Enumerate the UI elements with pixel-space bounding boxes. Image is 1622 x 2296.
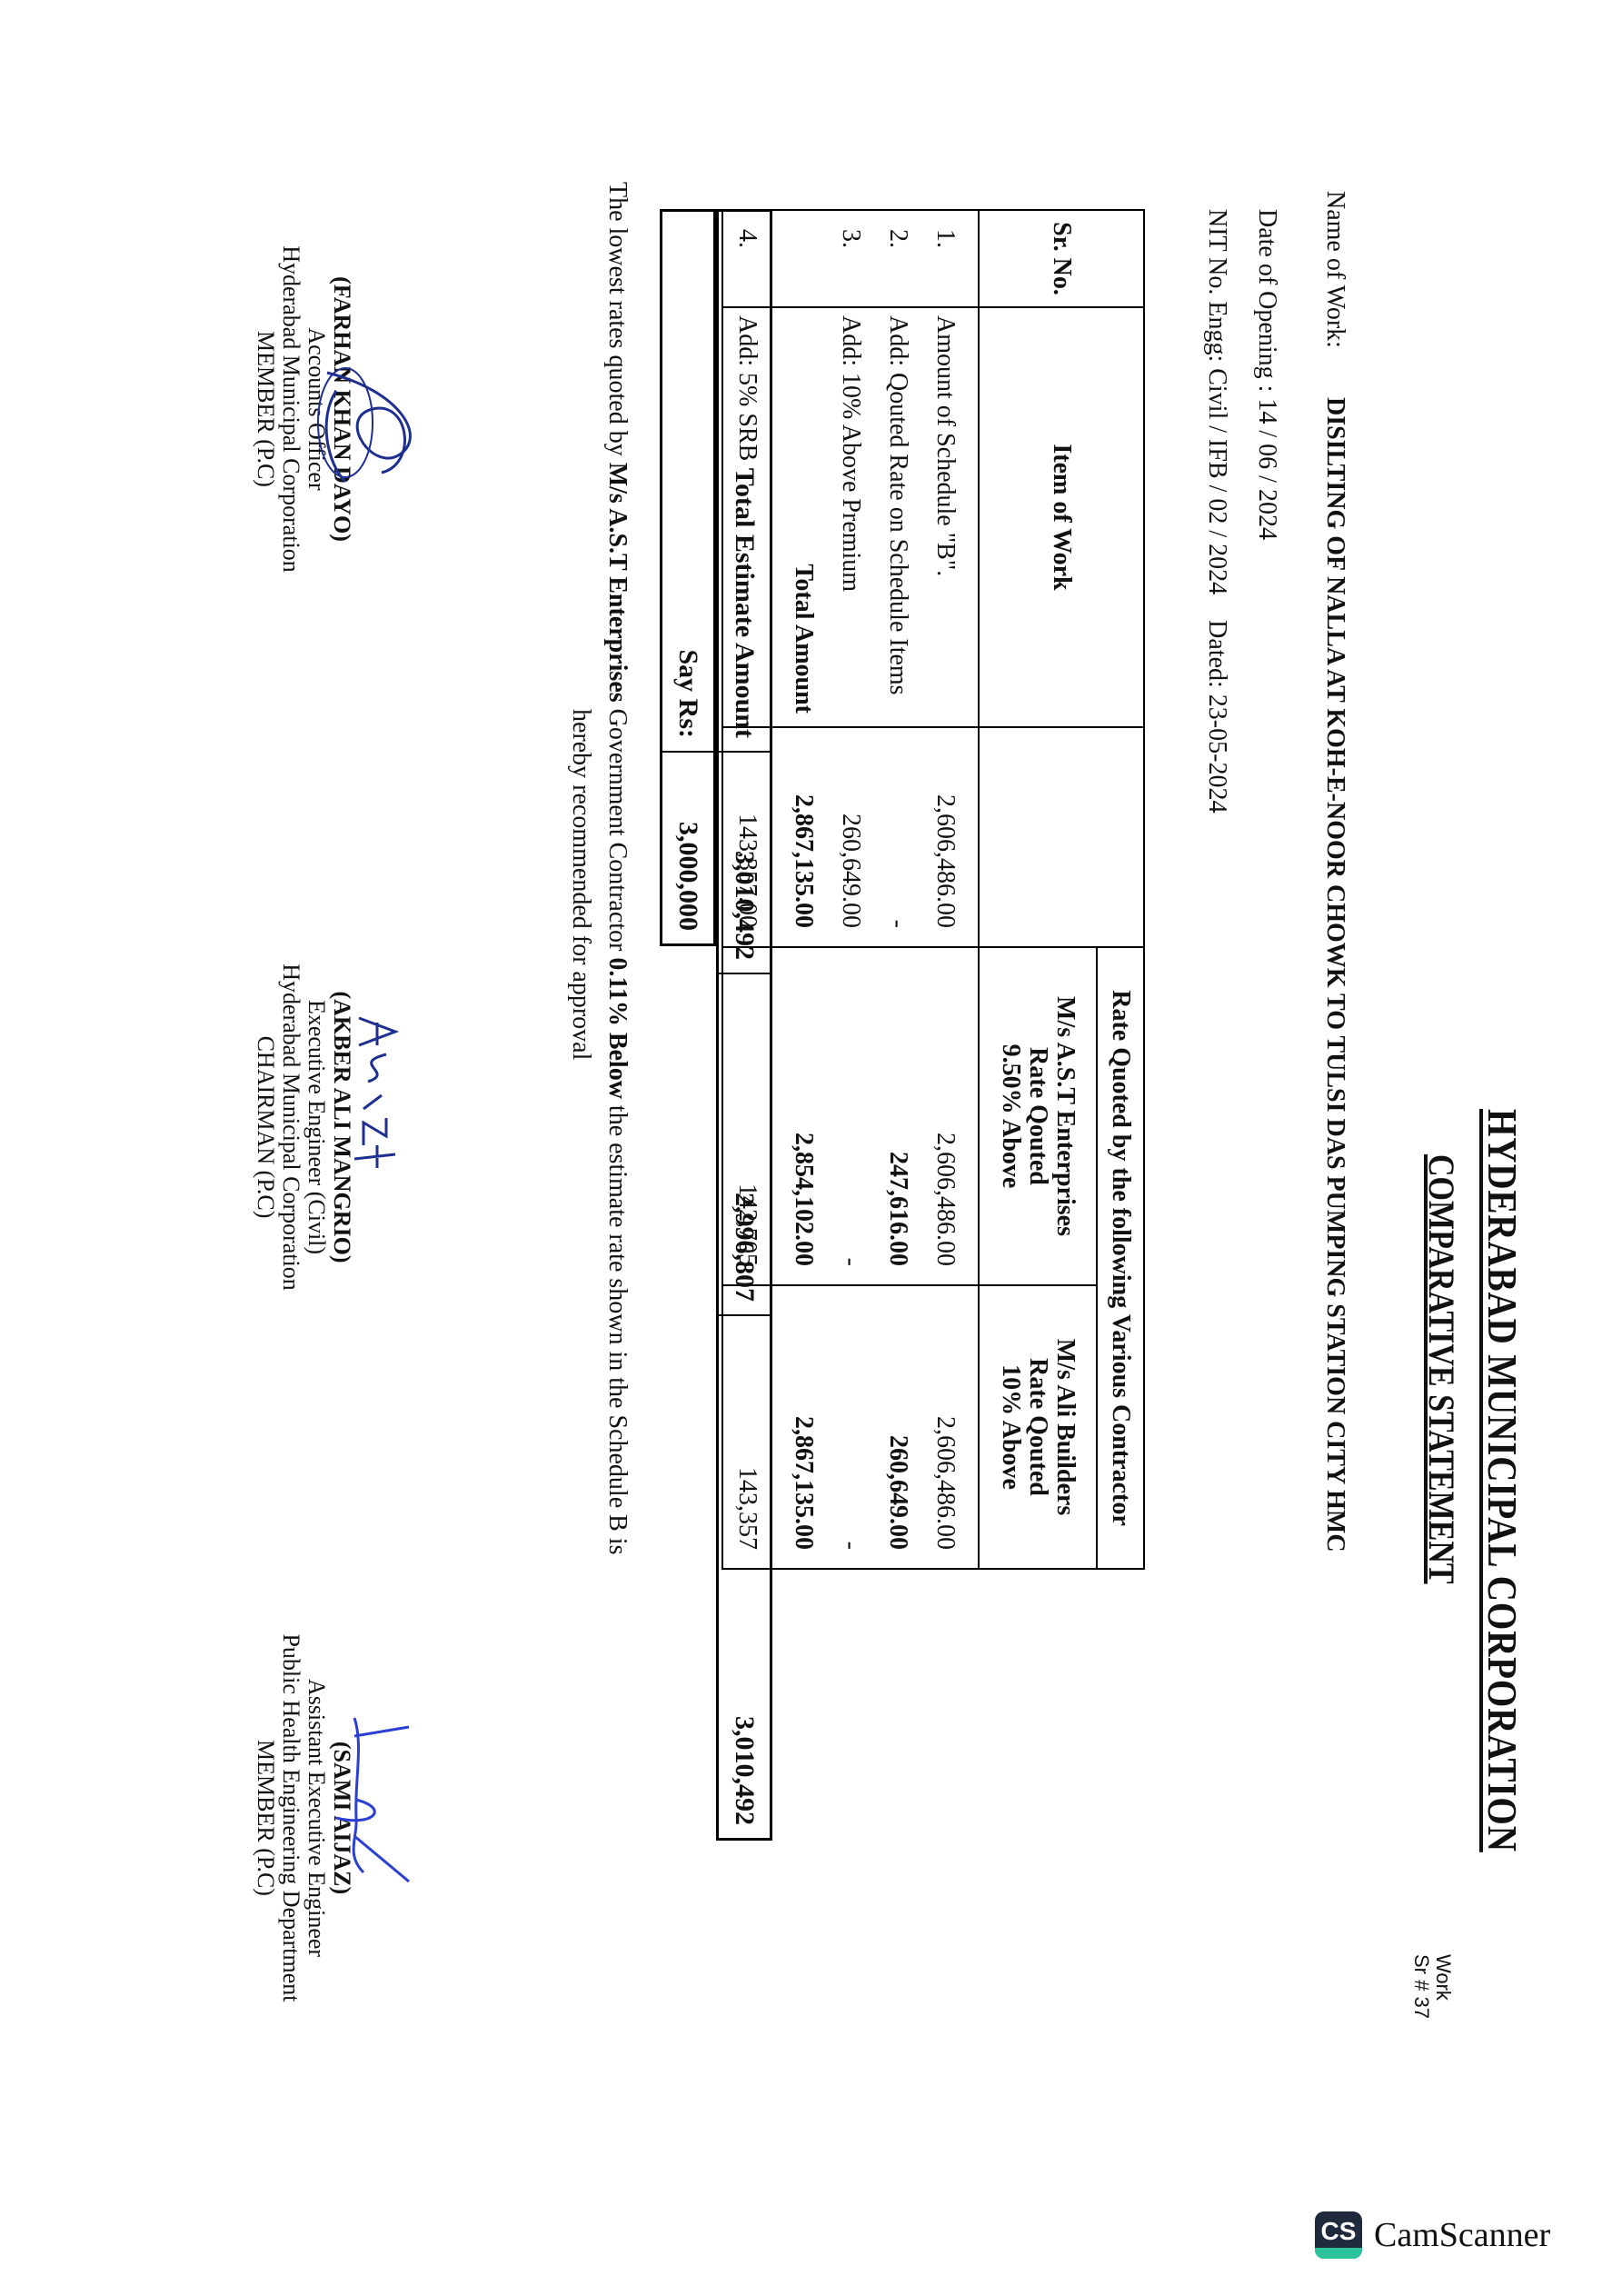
table-cell-ali: 260,649.00 [874,1286,921,1550]
say-value: 3,000,000 [662,752,715,945]
signature-farhan [300,354,436,491]
signature-sami [318,1709,427,1891]
header-item-of-work: Item of Work [979,307,1144,727]
header-contractor-ali: M/s Ali Builders Rate Qouted 10% Above [979,1285,1097,1569]
table-cell-estimate: - [874,728,921,928]
table-cell-ali: 2,867,135.00 [780,1286,827,1550]
signatory-org: Hyderabad Municipal Corporation [278,936,304,1318]
camscanner-logo-icon: CS [1315,2211,1362,2259]
table-cell-estimate: 2,867,135.00 [780,728,827,928]
total-estimate-row: Total Estimate Amount 3,010,492 2,996,80… [716,209,772,1841]
table-cell-estimate: 2,606,486.00 [921,728,969,928]
name-of-work-value: DISILTING OF NALLA AT KOH-E-NOOR CHOWK T… [1321,397,1349,1552]
table-cell-estimate: 260,649.00 [827,728,874,928]
date-of-opening-value: 14 / 06 / 2024 [1253,398,1281,540]
table-cell-item: Add: Qouted Rate on Schedule Items [874,308,921,726]
recommendation-text-line2: hereby recommended for approval [566,709,595,1060]
table-cell-sr: 2. [874,211,921,306]
date-of-opening-label: Date of Opening : [1253,209,1281,392]
signatory-role: CHAIRMAN (P.C) [253,936,278,1318]
name-of-work: Name of Work: DISILTING OF NALLA AT KOH-… [1320,191,1349,1552]
total-ast-value: 2,996,807 [718,973,771,1315]
work-tag-serial: Sr # 37 [1410,1954,1432,2019]
recommendation-text: The lowest rates quoted by M/s A.S.T Ent… [602,182,632,1554]
document-page: HYDERABAD MUNICIPAL CORPORATION COMPARAT… [0,0,1545,2181]
header-contractor-ast: M/s A.S.T Enterprises Rate Qouted 9.50% … [979,947,1097,1285]
table-cell-item: Add: 10% Above Premium [827,308,874,726]
table-cell-ast: 2,854,102.00 [780,948,827,1266]
table-cell-ali: - [827,1286,874,1550]
signatory-executive-engineer: (AKBER ALI MANGRIO) Executive Engineer (… [253,936,354,1318]
nit-number: NIT No. Engg: Civil / IFB / 02 / 2024 Da… [1202,209,1231,813]
camscanner-brand-text: CamScanner [1374,2215,1550,2255]
say-label: Say Rs: [662,211,715,753]
table-cell-ali: 2,606,486.00 [921,1286,969,1550]
table-cell-ast: - [827,948,874,1266]
name-of-work-label: Name of Work: [1321,191,1349,348]
signatory-org: Public Health Engineering Department [278,1609,304,2027]
table-cell-item: Amount of Schedule "B". [921,308,969,726]
say-row: Say Rs: 3,000,000 [660,209,716,946]
signatory-role: MEMBER (P.C) [253,1609,278,2027]
total-estimate-label: Total Estimate Amount [718,211,771,753]
below-percent: 0.11% Below [603,957,632,1099]
signature-akber [341,1009,404,1182]
header-rate-quoted-group: Rate Quoted by the following Various Con… [1097,947,1144,1569]
table-cell-sr: 1. [921,211,969,306]
recommended-contractor: M/s A.S.T Enterprises [603,463,632,703]
header-estimate [979,727,1144,947]
table-cell-ast: 247,616.00 [874,948,921,1266]
work-serial-tag: Work Sr # 37 [1410,1954,1454,2019]
table-cell-item: Total Amount [780,308,827,726]
document-title: COMPARATIVE STATEMENT [1420,1154,1463,1584]
signatory-title: Executive Engineer (Civil) [304,936,329,1318]
total-ali-value: 3,010,492 [718,1315,771,1840]
table-cell-sr: 3. [827,211,874,306]
table-cell-sr [780,211,827,306]
header-sr-no: Sr. No. [979,210,1144,307]
nit-dated: Dated: 23-05-2024 [1203,620,1231,813]
organization-heading: HYDERABAD MUNICIPAL CORPORATION [1478,1109,1527,1882]
total-estimate-value: 3,010,492 [718,752,771,973]
table-cell-ast: 2,606,486.00 [921,948,969,1266]
date-of-opening: Date of Opening : 14 / 06 / 2024 [1252,209,1281,540]
signatory-role: MEMBER (P.C) [253,218,278,600]
work-tag-label: Work [1432,1954,1454,2019]
nit-label: NIT No. Engg: Civil / IFB / 02 / 2024 [1203,209,1231,594]
comparative-table: Sr. No. Item of Work Rate Quoted by the … [721,209,1145,1570]
